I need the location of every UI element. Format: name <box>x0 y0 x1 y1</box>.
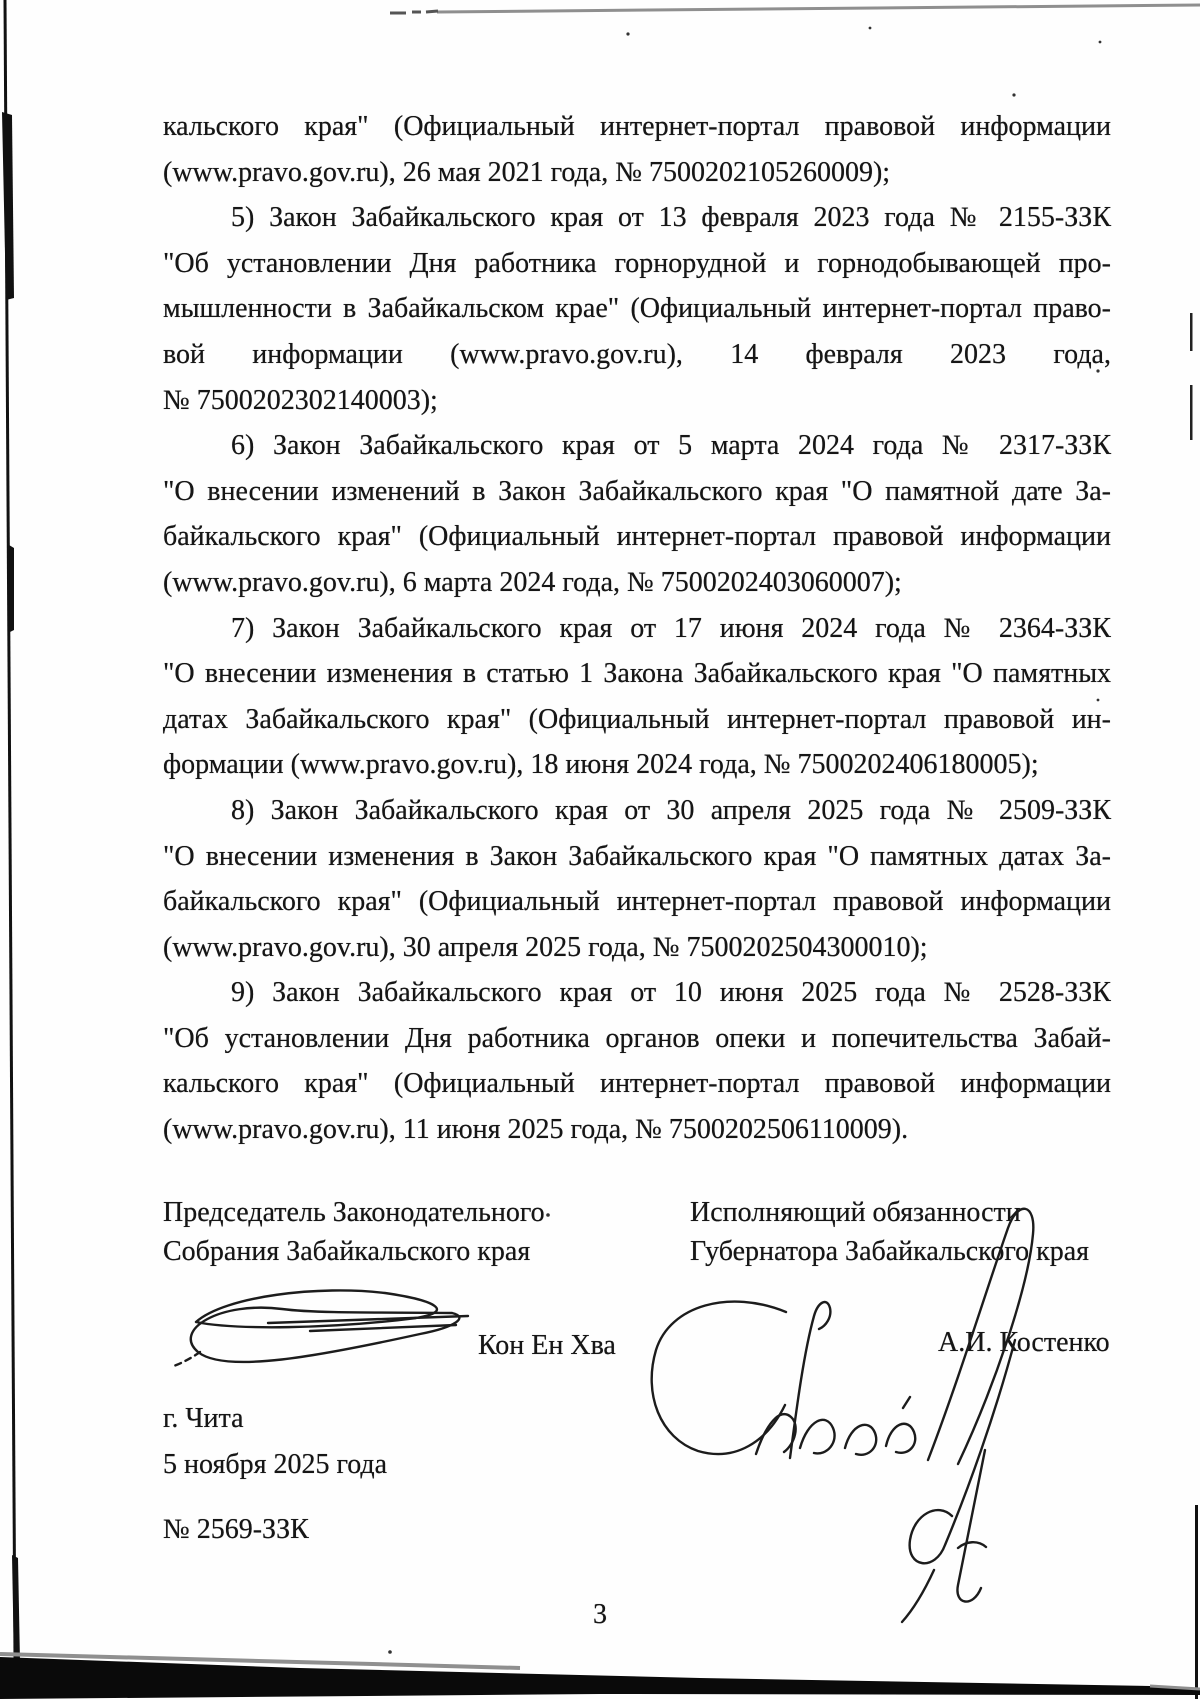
body-line: датах Забайкальского края" (Официальный … <box>163 697 1111 743</box>
body-line: (www.pravo.gov.ru), 30 апреля 2025 года,… <box>163 925 1111 971</box>
scan-right-edge <box>1190 313 1198 1699</box>
left-signatory-title-line2: Собрания Забайкальского края <box>163 1232 545 1271</box>
body-line: 8) Закон Забайкальского края от 30 апрел… <box>163 788 1111 834</box>
body-line: 5) Закон Забайкальского края от 13 февра… <box>163 195 1111 241</box>
body-line: кальского края" (Официальный интернет-по… <box>163 104 1111 150</box>
body-line: "О внесении изменения в Закон Забайкальс… <box>163 834 1111 880</box>
right-signatory-title-line1: Исполняющий обязанности <box>690 1193 1089 1232</box>
body-line: "Об установлении Дня работника органов о… <box>163 1016 1111 1062</box>
page-number: 3 <box>0 1599 1200 1631</box>
footer-date: 5 ноября 2025 года <box>163 1449 387 1481</box>
left-signatory-title: Председатель Законодательного Собрания З… <box>163 1193 545 1271</box>
scan-bottom-wedge <box>0 1654 1200 1699</box>
right-signatory-title-line2: Губернатора Забайкальского края <box>690 1232 1089 1271</box>
scan-left-edge <box>2 0 20 1662</box>
signature-left <box>171 1290 468 1367</box>
body-line: № 7500202302140003); <box>163 378 1111 424</box>
document-number: № 2569-ЗЗК <box>163 1514 309 1546</box>
body-line: (www.pravo.gov.ru), 11 июня 2025 года, №… <box>163 1107 1111 1153</box>
body-line: вой информации (www.pravo.gov.ru), 14 фе… <box>163 332 1111 378</box>
body-line: формации (www.pravo.gov.ru), 18 июня 202… <box>163 742 1111 788</box>
body-line: (www.pravo.gov.ru), 26 мая 2021 года, № … <box>163 150 1111 196</box>
body-line: "О внесении изменения в статью 1 Закона … <box>163 651 1111 697</box>
right-signatory-name: А.И. Костенко <box>938 1327 1110 1359</box>
left-signatory-title-line1: Председатель Законодательного <box>163 1193 545 1232</box>
scan-top-line <box>390 5 1200 13</box>
body-line: (www.pravo.gov.ru), 6 марта 2024 года, №… <box>163 560 1111 606</box>
body-line: 7) Закон Забайкальского края от 17 июня … <box>163 606 1111 652</box>
footer-city: г. Чита <box>163 1403 244 1435</box>
scanned-document-page: кальского края" (Официальный интернет-по… <box>0 0 1200 1699</box>
body-line: байкальского края" (Официальный интернет… <box>163 514 1111 560</box>
body-line: "О внесении изменений в Закон Забайкальс… <box>163 469 1111 515</box>
body-text: кальского края" (Официальный интернет-по… <box>163 104 1111 1153</box>
body-line: байкальского края" (Официальный интернет… <box>163 879 1111 925</box>
body-line: "Об установлении Дня работника горнорудн… <box>163 241 1111 287</box>
body-line: кальского края" (Официальный интернет-по… <box>163 1061 1111 1107</box>
body-line: 9) Закон Забайкальского края от 10 июня … <box>163 970 1111 1016</box>
body-line: 6) Закон Забайкальского края от 5 марта … <box>163 423 1111 469</box>
body-line: мышленности в Забайкальском крае" (Офици… <box>163 286 1111 332</box>
right-signatory-title: Исполняющий обязанности Губернатора Заба… <box>690 1193 1089 1271</box>
left-signatory-name: Кон Ен Хва <box>478 1330 616 1362</box>
